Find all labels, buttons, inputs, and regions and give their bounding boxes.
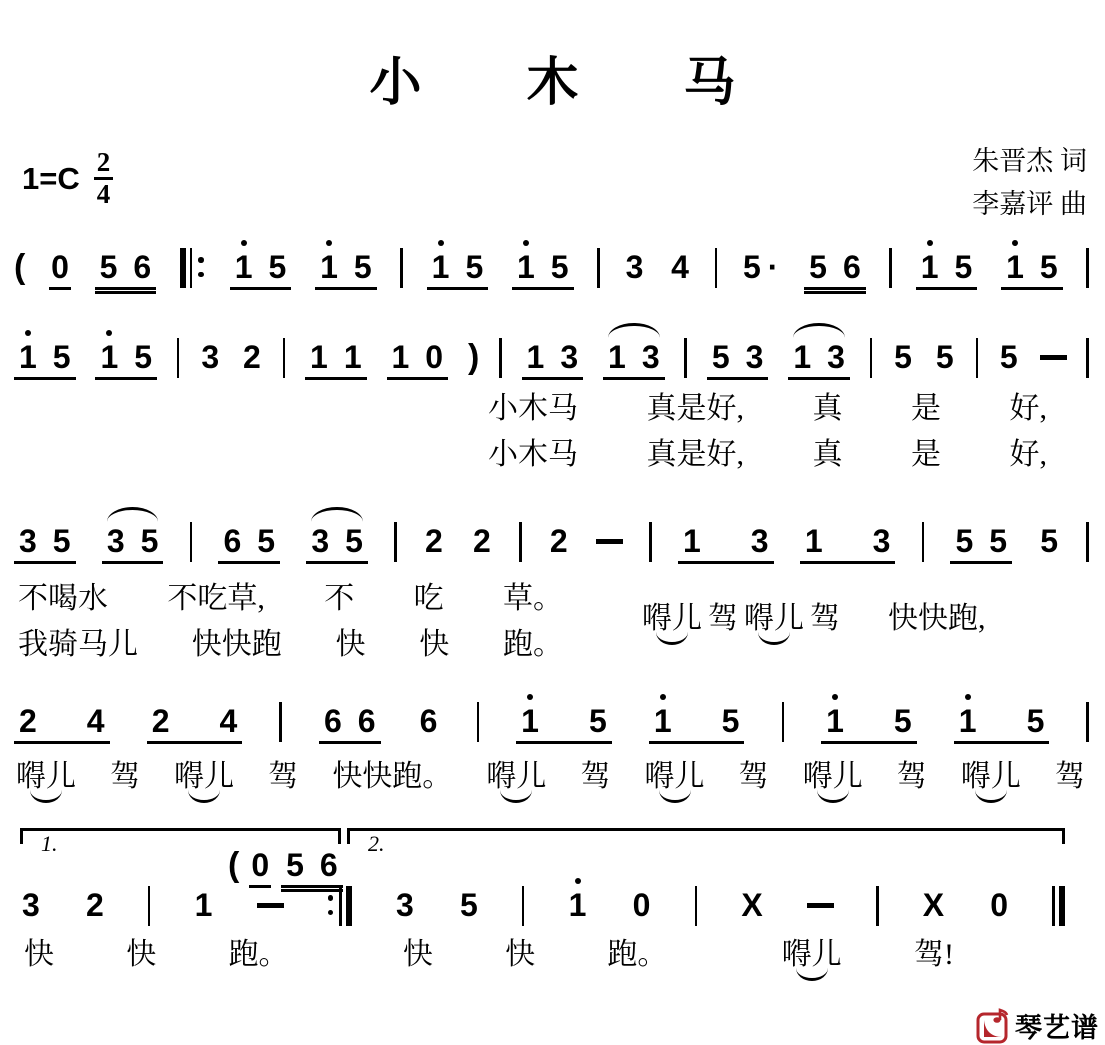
volta-2-label: 2.: [368, 831, 385, 857]
lyric-syllable: 小木马: [488, 392, 578, 426]
note-digit: 6: [223, 524, 241, 558]
note: 5: [987, 524, 1009, 558]
note-digit: 4: [671, 250, 689, 284]
note-digit: 1: [517, 250, 535, 284]
beam-group: 24: [14, 704, 110, 744]
note-digit: 5: [257, 524, 275, 558]
note-digit: 6: [843, 250, 861, 284]
lyric-row-5: 我骑马儿快快跑快快跑。: [18, 628, 563, 662]
lyric-syllable: 不: [324, 582, 354, 616]
note: 4: [669, 250, 691, 284]
note: 2: [241, 340, 263, 374]
note-digit: 1: [805, 524, 823, 558]
note: 5: [934, 340, 956, 374]
note-digit: 2: [473, 524, 491, 558]
note: 0: [249, 848, 271, 888]
note-digit: 3: [746, 340, 764, 374]
note-digit: 3: [873, 524, 891, 558]
note-digit: 6: [320, 848, 338, 882]
beam-group: 15: [230, 250, 292, 290]
beam-group: 13: [522, 340, 584, 380]
note: 6: [318, 848, 340, 882]
slur-beam-group: 35: [102, 524, 164, 564]
lyric-syllable: 真: [813, 438, 843, 472]
barline: [177, 338, 180, 378]
octave-dot: [527, 694, 533, 700]
barline: [782, 702, 785, 742]
note: 1: [233, 250, 255, 284]
octave-dot: [965, 694, 971, 700]
barline: [283, 338, 286, 378]
note: 5·: [741, 250, 780, 284]
note-digit: 1: [19, 340, 37, 374]
lyric-syllable: 跑。: [229, 938, 289, 972]
beam-group: 13: [678, 524, 774, 564]
beam-group: 15: [1001, 250, 1063, 290]
note-digit: 5: [134, 340, 152, 374]
lyric-syllable: 驾: [897, 760, 927, 794]
lyric-syllable: 嘚儿: [486, 760, 546, 794]
lyric-syllable: 嘚儿: [803, 760, 863, 794]
note-digit: 5: [955, 524, 973, 558]
note-digit: 5: [955, 250, 973, 284]
note: 6: [841, 250, 863, 284]
note: 5: [710, 340, 732, 374]
half-note-dash: [257, 903, 284, 908]
note-digit: 3: [311, 524, 329, 558]
note: 5: [51, 524, 73, 558]
note: 1: [519, 704, 541, 738]
barline: [889, 248, 892, 288]
octave-dot: [832, 694, 838, 700]
thick-bar: [346, 886, 352, 926]
lyric-syllable: 驾: [708, 602, 738, 636]
note: 2: [150, 704, 172, 738]
note: 1: [390, 340, 412, 374]
beam-group: 15: [512, 250, 574, 290]
thin-bar: [190, 248, 193, 288]
note: 1: [791, 340, 813, 374]
parenthesis: (: [14, 250, 25, 284]
lyric-syllable: 快快跑。: [332, 760, 452, 794]
note: 2: [17, 704, 39, 738]
beam-group: 24: [147, 704, 243, 744]
note: 6: [322, 704, 344, 738]
lyric-syllable: 嘚儿: [16, 760, 76, 794]
note: 5: [1038, 250, 1060, 284]
note: 5: [132, 340, 154, 374]
note-digit: 1: [527, 340, 545, 374]
note: 5: [463, 250, 485, 284]
thin-bar: [1052, 886, 1055, 926]
lyric-syllable: 嘚儿: [645, 760, 705, 794]
note-digit: 5: [589, 704, 607, 738]
note-digit: 5: [894, 340, 912, 374]
note: 5: [458, 888, 480, 922]
note: 3: [394, 888, 416, 922]
note: 0: [631, 888, 653, 922]
barline: [519, 522, 522, 562]
note: 5: [284, 848, 306, 882]
beam-group: 15: [916, 250, 978, 290]
lyric-row-4: 嘚儿驾嘚儿驾快快跑,: [642, 602, 1085, 636]
parenthesis: (: [228, 848, 239, 882]
note-digit: 1: [235, 250, 253, 284]
note: 1: [681, 524, 703, 558]
note-digit: 5: [712, 340, 730, 374]
note: 5: [255, 524, 277, 558]
note-digit: 1: [826, 704, 844, 738]
octave-dot: [438, 240, 444, 246]
barline: [499, 338, 502, 378]
repeat-begin-barline: [180, 250, 206, 288]
note: 1: [824, 704, 846, 738]
song-title: 小木马: [0, 40, 1105, 115]
note-digit: 1: [310, 340, 328, 374]
note: 5: [1038, 524, 1060, 558]
lyric-syllable: 驾: [268, 760, 298, 794]
lyric-row-7: 快快跑。快快跑。嘚儿驾!: [24, 938, 954, 972]
note: 5: [720, 704, 742, 738]
note: 2: [423, 524, 445, 558]
note-digit: 5: [722, 704, 740, 738]
pickup-notes: (056: [228, 848, 343, 888]
note: 5: [998, 340, 1020, 374]
note-digit: 3: [201, 340, 219, 374]
barline: [477, 702, 480, 742]
lyric-syllable: 真: [813, 392, 843, 426]
beam-group: 15: [95, 340, 157, 380]
note: 0: [988, 888, 1010, 922]
note: 3: [744, 340, 766, 374]
music-line-1: (05615151515345·561515: [14, 250, 1089, 300]
octave-dot: [25, 330, 31, 336]
parenthesis: ): [468, 340, 479, 374]
barline: [394, 522, 397, 562]
note: 5: [587, 704, 609, 738]
note-digit: 1: [195, 888, 213, 922]
note-digit: 1: [569, 888, 587, 922]
lyric-syllable: 嘚儿: [744, 602, 804, 636]
note: 0: [49, 250, 71, 290]
note: 3: [871, 524, 893, 558]
barline: [148, 886, 151, 926]
half-note-dash: [1040, 355, 1067, 360]
note-digit: 5: [460, 888, 478, 922]
barline: [279, 702, 282, 742]
barline: [1086, 702, 1089, 742]
note: 1: [652, 704, 674, 738]
barline: [695, 886, 698, 926]
beam-group: 65: [218, 524, 280, 564]
lyric-syllable: 快: [403, 938, 433, 972]
note: 1: [17, 340, 39, 374]
beam-group: 15: [954, 704, 1050, 744]
note-digit: 5: [53, 340, 71, 374]
note-digit: 1: [432, 250, 450, 284]
note: 4: [85, 704, 107, 738]
beam-group: 56: [804, 250, 866, 290]
volta-1-label: 1.: [41, 831, 58, 857]
note-digit: 5: [286, 848, 304, 882]
note: 5: [139, 524, 161, 558]
logo-text: 琴艺谱: [1015, 1006, 1099, 1045]
time-signature: 2 4: [94, 148, 114, 209]
note-digit: 0: [633, 888, 651, 922]
barline: [922, 522, 925, 562]
note: X: [921, 888, 946, 922]
beam-group: 10: [387, 340, 449, 380]
note-digit: 4: [219, 704, 237, 738]
lyric-row-6: 嘚儿驾嘚儿驾快快跑。嘚儿驾嘚儿驾嘚儿驾嘚儿驾: [16, 760, 1085, 794]
volta-1-bracket: 1.: [20, 828, 341, 844]
note: 5: [807, 250, 829, 284]
credits: 朱晋杰 词 李嘉评 曲: [972, 140, 1087, 226]
octave-dot: [523, 240, 529, 246]
note: 1: [318, 250, 340, 284]
note: 5: [98, 250, 120, 284]
note: 5: [352, 250, 374, 284]
note-digit: 5: [1000, 340, 1018, 374]
note: 3: [624, 250, 646, 284]
note: 5: [1025, 704, 1047, 738]
note: 3: [309, 524, 331, 558]
note-digit: 1: [608, 340, 626, 374]
lyric-syllable: 嘚儿: [642, 602, 702, 636]
note-digit: 5: [894, 704, 912, 738]
note-digit: 2: [425, 524, 443, 558]
beam-group: 55: [950, 524, 1012, 564]
lyric-syllable: 驾: [810, 602, 840, 636]
lyric-syllable: 跑。: [503, 628, 563, 662]
note: 5: [953, 250, 975, 284]
note-digit: 5: [989, 524, 1007, 558]
note-digit: 3: [107, 524, 125, 558]
note-digit: 6: [420, 704, 438, 738]
octave-dot: [241, 240, 247, 246]
note-digit: 4: [87, 704, 105, 738]
note: 5: [549, 250, 571, 284]
note: 1: [803, 524, 825, 558]
note: 1: [525, 340, 547, 374]
note: 1: [515, 250, 537, 284]
barline: [1086, 248, 1089, 288]
lyric-syllable: 嘚儿: [782, 938, 842, 972]
note-digit: X: [741, 888, 762, 922]
note-digit: 1: [793, 340, 811, 374]
lyric-syllable: 吃: [414, 582, 444, 616]
barline: [684, 338, 687, 378]
music-line-5: 3213510XX0: [20, 888, 1065, 938]
beam-group: 15: [14, 340, 76, 380]
music-line-4: 242466615151515: [14, 704, 1089, 754]
note-digit: 1: [392, 340, 410, 374]
lyric-syllable: 驾!: [914, 938, 954, 972]
note-digit: 5: [100, 250, 118, 284]
note: 1: [957, 704, 979, 738]
slur-beam-group: 35: [306, 524, 368, 564]
note: 1: [98, 340, 120, 374]
lyric-syllable: 驾: [580, 760, 610, 794]
logo-piano-note-icon: [975, 1007, 1013, 1045]
note: 5: [267, 250, 289, 284]
note-digit: 5: [936, 340, 954, 374]
augmentation-dot: ·: [768, 250, 779, 284]
beam-group: 13: [800, 524, 896, 564]
music-line-2: 1515321110)13135313555: [14, 340, 1089, 390]
note: 5: [51, 340, 73, 374]
barline: [597, 248, 600, 288]
note-digit: 0: [990, 888, 1008, 922]
note-digit: 2: [550, 524, 568, 558]
note-digit: 5: [141, 524, 159, 558]
lyric-syllable: 嘚儿: [961, 760, 1021, 794]
note-digit: 0: [51, 250, 69, 284]
lyric-row-2: 小木马真是好,真是好,: [488, 438, 1047, 472]
beam-group: 56: [95, 250, 157, 290]
note-digit: 1: [320, 250, 338, 284]
beam-group: 56: [281, 848, 343, 888]
note: 1: [1004, 250, 1026, 284]
note: 3: [558, 340, 580, 374]
dot: [198, 272, 204, 278]
beam-group: 35: [14, 524, 76, 564]
lyric-syllable: 快: [24, 938, 54, 972]
barline: [976, 338, 979, 378]
octave-dot: [575, 878, 581, 884]
note-digit: 3: [827, 340, 845, 374]
time-signature-denominator: 4: [97, 180, 111, 209]
barline: [870, 338, 873, 378]
note: 0: [423, 340, 445, 374]
lyric-syllable: 好,: [1010, 392, 1048, 426]
beam-group: 11: [305, 340, 367, 380]
repeat-dots: [326, 895, 336, 915]
note: 1: [308, 340, 330, 374]
note: 3: [17, 524, 39, 558]
thick-bar: [180, 248, 186, 288]
lyric-syllable: 跑。: [607, 938, 667, 972]
note: 3: [199, 340, 221, 374]
note-digit: 5: [1040, 250, 1058, 284]
note-digit: 5: [53, 524, 71, 558]
site-logo[interactable]: 琴艺谱: [975, 1006, 1099, 1045]
lyric-syllable: 是: [911, 438, 941, 472]
dot: [198, 257, 204, 263]
repeat-dots: [196, 257, 206, 277]
octave-dot: [326, 240, 332, 246]
barline: [1086, 522, 1089, 562]
octave-dot: [660, 694, 666, 700]
note-digit: 1: [921, 250, 939, 284]
half-note-dash: [807, 903, 834, 908]
note-digit: 3: [751, 524, 769, 558]
note-digit: 5: [269, 250, 287, 284]
octave-dot: [1012, 240, 1018, 246]
lyric-syllable: 快: [505, 938, 535, 972]
beam-group: 15: [427, 250, 489, 290]
note-digit: 6: [358, 704, 376, 738]
note-digit: 1: [521, 704, 539, 738]
note: 5: [953, 524, 975, 558]
beam-group: 53: [707, 340, 769, 380]
note: 6: [221, 524, 243, 558]
lyric-syllable: 是: [911, 392, 941, 426]
note: 5: [892, 704, 914, 738]
lyric-syllable: 快快跑: [192, 628, 282, 662]
note-digit: 6: [133, 250, 151, 284]
repeat-end-barline: [326, 888, 352, 926]
note: X: [739, 888, 764, 922]
music-line-3: 353565352221313555: [14, 524, 1089, 574]
final-barline: [1052, 888, 1065, 926]
lyric-syllable: 驾: [739, 760, 769, 794]
beam-group: 66: [319, 704, 381, 744]
octave-dot: [927, 240, 933, 246]
note-digit: 3: [560, 340, 578, 374]
note: 5: [892, 340, 914, 374]
note: 5: [343, 524, 365, 558]
note: 2: [548, 524, 570, 558]
key-signature: 1=C 2 4: [22, 148, 113, 209]
lyric-syllable: 驾: [110, 760, 140, 794]
lyric-syllable: 快: [126, 938, 156, 972]
note-digit: 3: [626, 250, 644, 284]
lyric-row-1: 小木马真是好,真是好,: [488, 392, 1047, 426]
barline: [190, 522, 193, 562]
note-digit: 6: [324, 704, 342, 738]
note-digit: 5: [354, 250, 372, 284]
note-digit: 2: [86, 888, 104, 922]
note: 1: [606, 340, 628, 374]
note-digit: 5: [1027, 704, 1045, 738]
composer-credit: 李嘉评 曲: [972, 183, 1087, 226]
note-digit: 3: [22, 888, 40, 922]
barline: [649, 522, 652, 562]
lyric-syllable: 我骑马儿: [18, 628, 138, 662]
note: 4: [217, 704, 239, 738]
note: 1: [430, 250, 452, 284]
key-label: 1=C: [22, 161, 80, 197]
note-digit: 5: [743, 250, 761, 284]
note-digit: 0: [425, 340, 443, 374]
note: 3: [20, 888, 42, 922]
lyric-syllable: 草。: [503, 582, 563, 616]
dot: [328, 895, 334, 901]
note-digit: 5: [345, 524, 363, 558]
barline: [715, 248, 718, 288]
note: 6: [356, 704, 378, 738]
note-digit: 0: [251, 848, 269, 882]
lyric-syllable: 驾: [1055, 760, 1085, 794]
note: 1: [567, 888, 589, 922]
thick-bar: [1059, 886, 1065, 926]
note: 1: [193, 888, 215, 922]
lyricist-credit: 朱晋杰 词: [972, 140, 1087, 183]
note-digit: 5: [809, 250, 827, 284]
lyric-syllable: 不喝水: [18, 582, 108, 616]
note-digit: 2: [243, 340, 261, 374]
note-digit: 1: [344, 340, 362, 374]
note-digit: 5: [551, 250, 569, 284]
time-signature-numerator: 2: [94, 148, 114, 180]
barline: [876, 886, 879, 926]
lyric-syllable: 好,: [1010, 438, 1048, 472]
note: 1: [919, 250, 941, 284]
volta-2-bracket: 2.: [347, 828, 1065, 844]
slur-beam-group: 13: [603, 340, 665, 380]
note-digit: 3: [19, 524, 37, 558]
